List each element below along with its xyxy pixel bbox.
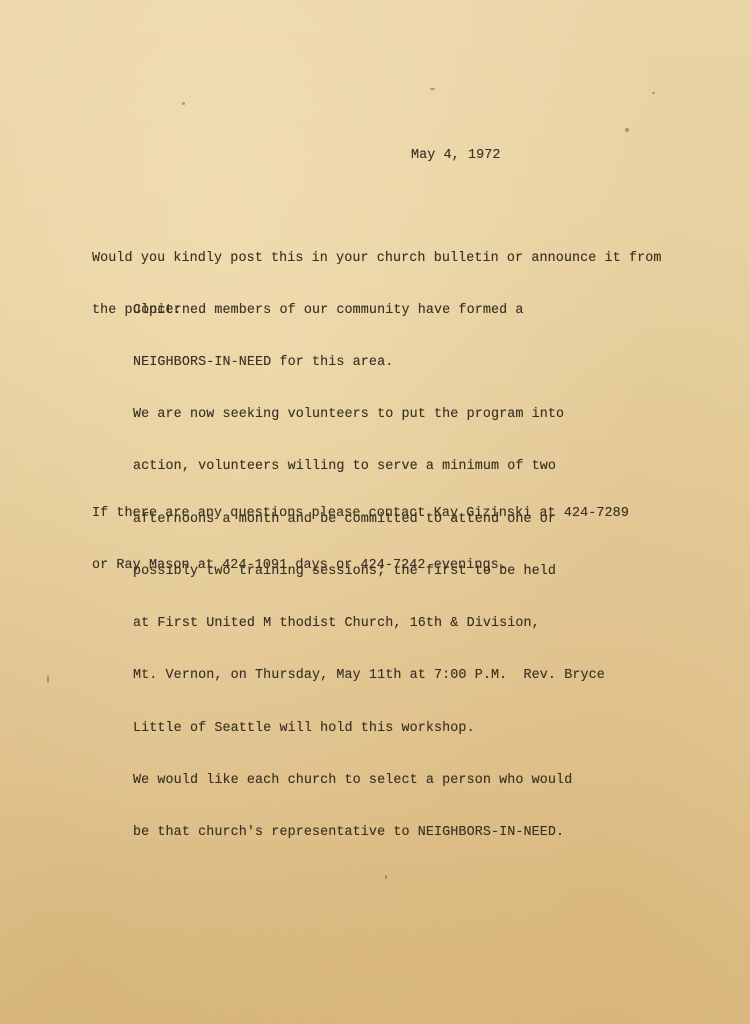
letter-date: May 4, 1972 [411,147,501,164]
announcement-line: Concerned members of our community have … [133,302,605,319]
announcement-line: Mt. Vernon, on Thursday, May 11th at 7:0… [133,667,605,684]
contact-paragraph: If there are any questions please contac… [92,470,629,609]
paper-speck [182,102,185,105]
announcement-line: We would like each church to select a pe… [133,772,605,789]
contact-line: If there are any questions please contac… [92,505,629,522]
paper-speck [47,675,49,683]
typewritten-letter: May 4, 1972 Would you kindly post this i… [0,0,750,1024]
paper-speck [385,875,387,879]
paper-speck [652,92,655,94]
announcement-line: at First United M thodist Church, 16th &… [133,615,605,632]
paper-speck [430,88,435,90]
contact-line: or Ray Mason at 424-1091 days or 424-724… [92,557,629,574]
announcement-line: We are now seeking volunteers to put the… [133,406,605,423]
announcement-line: NEIGHBORS-IN-NEED for this area. [133,354,605,371]
intro-line: Would you kindly post this in your churc… [92,250,662,267]
paper-speck [625,128,629,132]
announcement-line: Little of Seattle will hold this worksho… [133,720,605,737]
announcement-line: be that church's representative to NEIGH… [133,824,605,841]
